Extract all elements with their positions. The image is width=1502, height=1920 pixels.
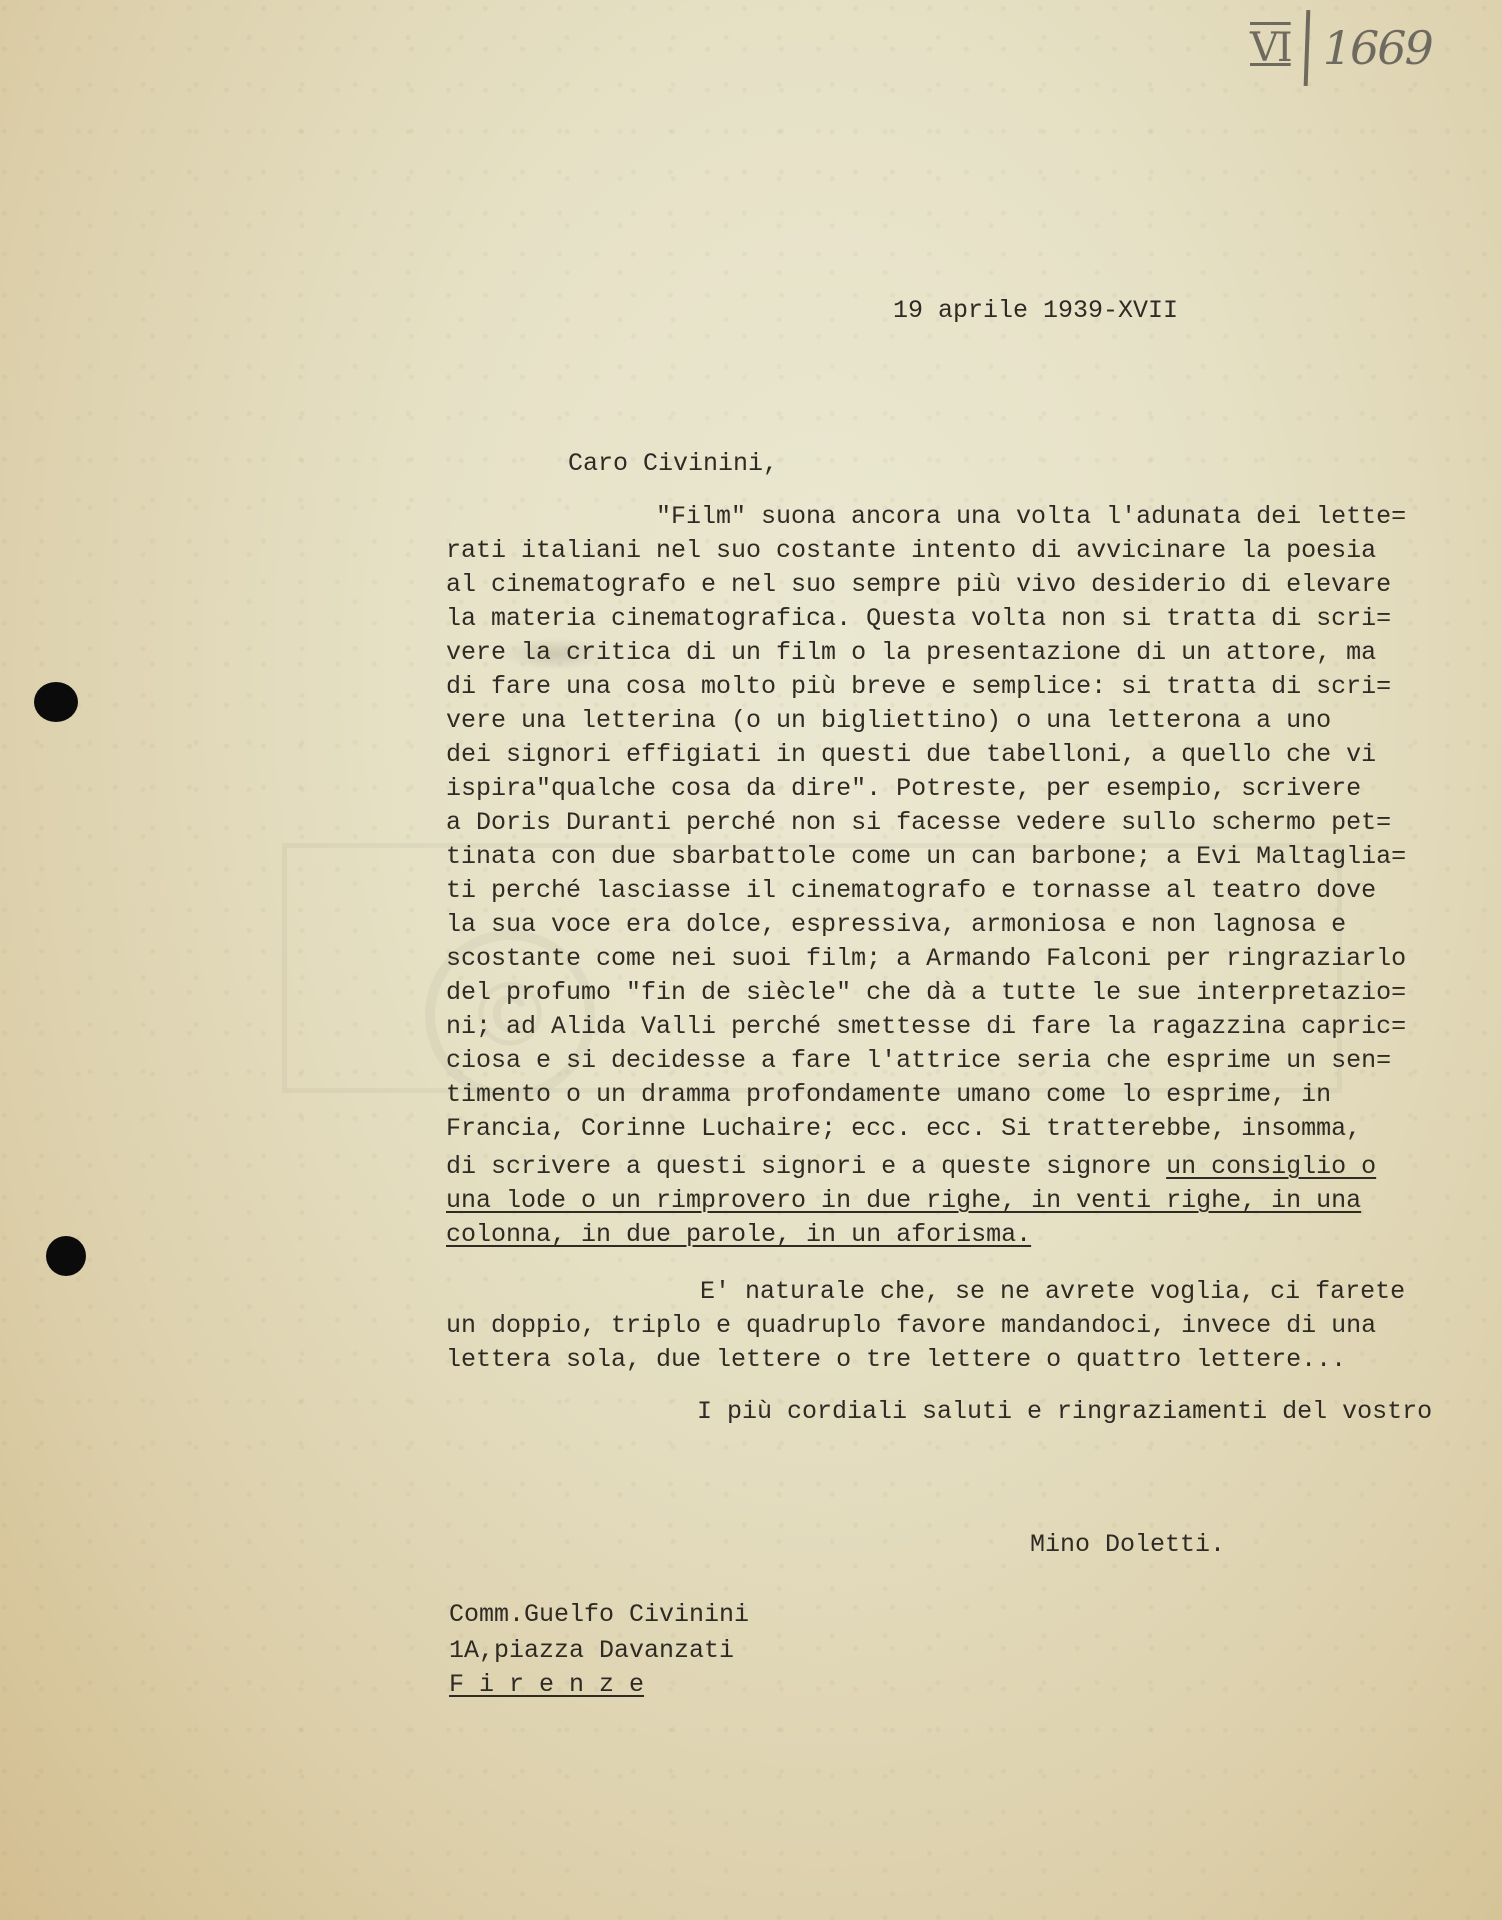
body-line: ispira"qualche cosa da dire". Potreste, … [446,772,1361,806]
closing-line: I più cordiali saluti e ringraziamenti d… [697,1395,1432,1429]
body-line: scostante come nei suoi film; a Armando … [446,942,1406,976]
body-line: la materia cinematografica. Questa volta… [446,602,1391,636]
address-street: 1A,piazza Davanzati [449,1634,734,1668]
underlined-text: un consiglio o [1166,1152,1376,1181]
body-line: "Film" suona ancora una volta l'adunata … [656,500,1406,534]
archive-roman-numeral: VI [1250,25,1291,71]
paragraph2-line: E' naturale che, se ne avrete voglia, ci… [700,1275,1405,1309]
body-line: a Doris Duranti perché non si facesse ve… [446,806,1391,840]
underlined-line: una lode o un rimprovero in due righe, i… [446,1184,1361,1218]
paragraph2-line: un doppio, triplo e quadruplo favore man… [446,1309,1376,1343]
body-line: ciosa e si decidesse a fare l'attrice se… [446,1044,1391,1078]
signature: Mino Doletti. [1030,1528,1225,1562]
body-line: vere la critica di un film o la presenta… [446,636,1376,670]
address-city: F i r e n z e [449,1668,644,1702]
underlined-line: colonna, in due parole, in un aforisma. [446,1218,1031,1252]
address-name: Comm.Guelfo Civinini [449,1598,749,1632]
body-line: la sua voce era dolce, espressiva, armon… [446,908,1346,942]
salutation: Caro Civinini, [568,447,778,481]
body-line: tinata con due sbarbattole come un can b… [446,840,1406,874]
body-text: di scrivere a questi signori e a queste … [446,1152,1166,1181]
body-line: vere una letterina (o un bigliettino) o … [446,704,1331,738]
body-line: del profumo "fin de siècle" che dà a tut… [446,976,1406,1010]
punch-hole-icon [34,682,78,722]
paragraph2-line: lettera sola, due lettere o tre lettere … [446,1343,1346,1377]
body-line: di fare una cosa molto più breve e sempl… [446,670,1391,704]
body-line: timento o un dramma profondamente umano … [446,1078,1331,1112]
archive-divider [1303,10,1310,86]
body-line: dei signori effigiati in questi due tabe… [446,738,1376,772]
body-line-mixed: di scrivere a questi signori e a queste … [446,1150,1376,1184]
body-line: ti perché lasciasse il cinematografo e t… [446,874,1376,908]
body-line: rati italiani nel suo costante intento d… [446,534,1376,568]
archive-mark: VI 1669 [1250,8,1432,88]
archive-number: 1669 [1323,21,1432,75]
body-line: al cinematografo e nel suo sempre più vi… [446,568,1391,602]
body-line: Francia, Corinne Luchaire; ecc. ecc. Si … [446,1112,1361,1146]
body-line: ni; ad Alida Valli perché smettesse di f… [446,1010,1406,1044]
letter-date: 19 aprile 1939-XVII [893,294,1178,328]
punch-hole-icon [46,1236,86,1276]
